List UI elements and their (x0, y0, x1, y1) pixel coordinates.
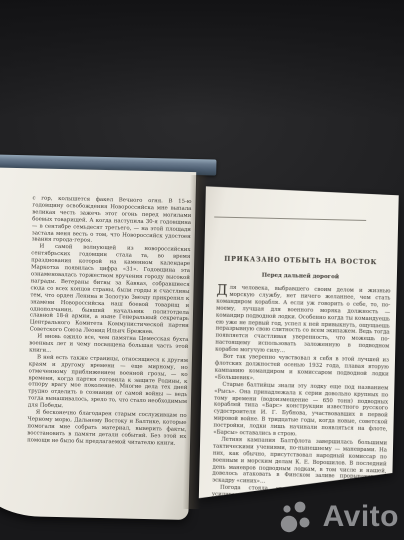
paragraph: Вот так уверенно чувствовал я себя в это… (214, 354, 389, 386)
paragraph: Летняя кампания Балтфлота завершилась бо… (212, 436, 387, 488)
chapter-top-rule (214, 217, 366, 221)
paragraph: В ней есть также страницы, относящиеся к… (28, 354, 188, 413)
paragraph: И самой волнующей из новороссийских сент… (30, 244, 191, 337)
avito-wordmark: Avito (323, 500, 399, 534)
open-book-photo: с гор, колышется факел Вечного огня. В 1… (0, 0, 404, 540)
paragraph: Для человека, выбравшего своим делом и ж… (215, 285, 391, 358)
paragraph: с гор, колышется факел Вечного огня. В 1… (32, 195, 192, 247)
left-page: с гор, колышется факел Вечного огня. В 1… (0, 167, 196, 520)
right-page: ПРИКАЗАНО ОТБЫТЬ НА ВОСТОК Перед дальней… (199, 186, 399, 502)
right-page-body: Для человека, выбравшего своим делом и ж… (198, 277, 396, 524)
drop-cap-letter: Д (216, 285, 229, 297)
paragraph: Я бесконечно благодарен старым сослуживц… (27, 409, 187, 447)
paragraph: Старые балтийцы знали эту лодку еще под … (213, 381, 388, 440)
paragraph-text: ля человека, выбравшего своим делом и жи… (215, 285, 391, 354)
chapter-title: ПРИКАЗАНО ОТБЫТЬ НА ВОСТОК (204, 254, 397, 266)
avito-logo-icon (278, 500, 320, 534)
avito-watermark: Avito (278, 500, 399, 534)
